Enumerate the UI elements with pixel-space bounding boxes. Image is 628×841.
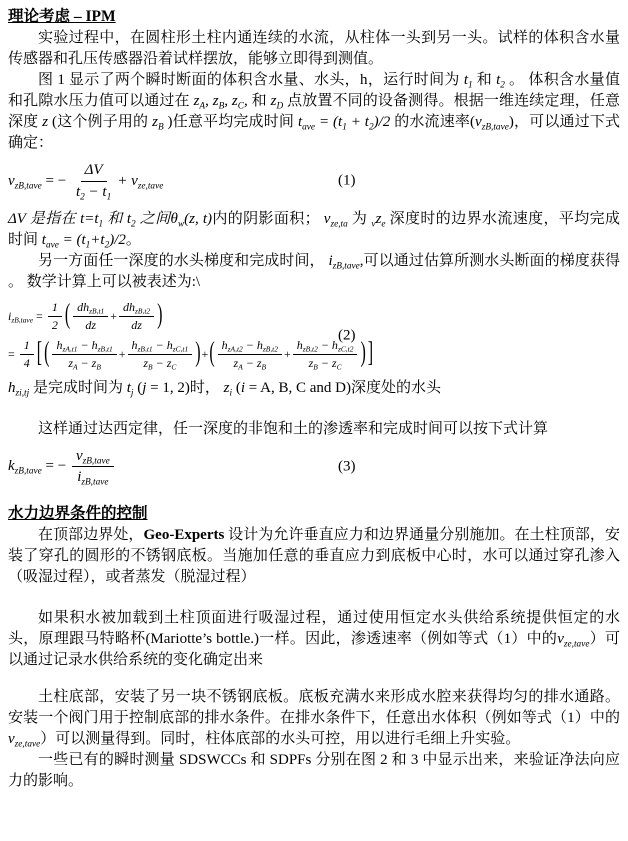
eq2-l2-f3-num: hzA,t2 − hzB,t2: [218, 338, 282, 355]
math-run: zB: [152, 114, 164, 130]
open-bracket: [: [36, 340, 43, 369]
eq2-l1-fraction-1: dhzB,t1 dz: [73, 300, 108, 333]
eq2-l2-f4-den: zB − zC: [305, 355, 346, 371]
eq2-coef-half-den: 2: [48, 317, 62, 333]
eq3-number: (3): [338, 456, 356, 477]
eq3-numerator: vzB,tave: [72, 447, 114, 468]
eq3-fraction: vzB,tave izB,tave: [72, 447, 114, 488]
text-run: ）可以测量得到。同时，柱体底部的水头可控，用以进行毛细上升实验。: [40, 731, 520, 747]
paragraph-deltaV-definition: ΔV 是指在 t=t1 和 t2 之间θw(z, t)内的阴影面积； vze,t…: [8, 209, 620, 251]
eq2-l2-f1-num: hzA,t1 − hzB,t1: [52, 338, 116, 355]
eq2-l1-f1-num: dhzB,t1: [73, 300, 108, 317]
text-run: 土柱底部，安装了另一块不锈钢底板。底板充满水来形成水腔来获得均匀的排水通路。安装…: [8, 689, 620, 726]
document-page: 理论考虑 – IPM 实验过程中，在圆柱形土柱内通连续的水流，从柱体一头到另一头…: [0, 0, 628, 841]
math-run: vze,tave: [557, 631, 589, 647]
eq2-l1-f2-den: dz: [127, 317, 146, 333]
eq2-l1-fraction-2: dhzB,t2 dz: [119, 300, 154, 333]
equation-3-body: kzB,tave = − vzB,tave izB,tave: [8, 447, 620, 488]
text-run: 如果积水被加载到土柱顶面进行吸湿过程，通过使用恒定水头供给系统提供恒定的水头，原…: [8, 610, 620, 647]
equation-2-line2: = 1 4 [ ( hzA,t1 − hzB,t1 zA − zB + hzB,…: [8, 338, 620, 371]
eq1-rhs: + vze,tave: [117, 171, 163, 192]
eq2-l2-fraction-2: hzB,t1 − hzC,t1 zB − zC: [128, 338, 193, 371]
close-paren: ): [359, 340, 366, 369]
eq1-number: (1): [338, 171, 356, 192]
math-run: zD: [271, 93, 284, 109]
bold-run: Geo-Experts: [144, 527, 225, 543]
math-run: zA, zB, zC,: [194, 93, 248, 109]
plus-operator: +: [110, 309, 117, 324]
close-paren: ): [156, 302, 163, 331]
eq1-relation: = −: [42, 171, 70, 192]
eq2-coef-quarter: 1 4: [20, 338, 34, 371]
text-run: 内的阴影面积；: [212, 211, 324, 227]
math-run: vze,tave: [8, 731, 40, 747]
eq2-l2-f3-den: zA − zB: [230, 355, 271, 371]
eq2-lhs: izB,tave: [8, 309, 33, 324]
text-run: 在顶部边界处，: [38, 527, 144, 543]
math-run: tave = (t1+t2)/2: [42, 232, 126, 248]
text-run: 一些已有的瞬时测量 SDSWCCs 和 SDPFs 分别在图 2 和 3 中显示…: [8, 752, 620, 789]
plus-operator: +: [202, 347, 209, 362]
eq2-l2-f2-num: hzB,t1 − hzC,t1: [128, 338, 193, 355]
eq2-coef-quarter-num: 1: [20, 338, 34, 355]
paragraph-darcy-law: 这样通过达西定律，任一深度的非饱和土的渗透率和完成时间可以按下式计算: [8, 419, 620, 440]
open-paren: (: [208, 340, 215, 369]
math-run: vze,ta: [324, 211, 348, 227]
text-run: 图 1 显示了两个瞬时断面的体积含水量、水头，h，运行时间为: [38, 72, 464, 88]
section-heading-theory: 理论考虑 – IPM: [8, 6, 620, 28]
text-run: 另一方面任一深度的水头梯度和完成时间，: [38, 253, 328, 269]
eq2-relation-1: =: [33, 309, 46, 324]
eq2-l2-fraction-1: hzA,t1 − hzB,t1 zA − zB: [52, 338, 116, 371]
close-bracket: ]: [367, 340, 374, 369]
paragraph-head-definition: hzi,tj 是完成时间为 tj (j = 1, 2)时， zi (i = A,…: [8, 378, 620, 399]
eq2-l2-fraction-3: hzA,t2 − hzB,t2 zA − zB: [218, 338, 282, 371]
paragraph-top-boundary: 在顶部边界处，Geo-Experts 设计为允许垂直应力和边界通量分别施加。在土…: [8, 525, 620, 588]
text-run: 这样通过达西定律，任一深度的非饱和土的渗透率和完成时间可以按下式计算: [38, 421, 548, 437]
math-run: hzi,tj: [8, 380, 29, 396]
math-run: t1: [464, 72, 473, 88]
paragraph-ponded-water: 如果积水被加载到土柱顶面进行吸湿过程，通过使用恒定水头供给系统提供恒定的水头，原…: [8, 608, 620, 671]
eq1-denominator: t2 − t1: [72, 182, 115, 202]
math-run: izB,tave: [328, 253, 359, 269]
equation-3: kzB,tave = − vzB,tave izB,tave (3): [8, 447, 620, 488]
paragraph-experiment-intro: 实验过程中，在圆柱形土柱内通连续的水流，从柱体一头到另一头。试样的体积含水量传感…: [8, 28, 620, 70]
close-paren: ): [194, 340, 201, 369]
equation-1-body: vzB,tave = − ΔV t2 − t1 + vze,tave: [8, 161, 620, 202]
equation-1: vzB,tave = − ΔV t2 − t1 + vze,tave (1): [8, 161, 620, 202]
text-run: 和: [473, 72, 496, 88]
eq2-l2-f1-den: zA − zB: [64, 355, 105, 371]
section-heading-hydraulic-boundary: 水力边界条件的控制: [8, 503, 620, 525]
math-run: vzB,tave: [475, 114, 509, 130]
text-run: 的水流速率(: [390, 114, 475, 130]
eq2-number: (2): [338, 329, 356, 344]
math-run: t2: [496, 72, 505, 88]
eq1-fraction: ΔV t2 − t1: [72, 161, 115, 202]
paragraph-bottom-plate: 土柱底部，安装了另一块不锈钢底板。底板充满水来形成水腔来获得均匀的排水通路。安装…: [8, 687, 620, 750]
paragraph-measured-results: 一些已有的瞬时测量 SDSWCCs 和 SDPFs 分别在图 2 和 3 中显示…: [8, 750, 620, 792]
equation-2: izB,tave = 1 2 ( dhzB,t1 dz + dhzB,t2 dz…: [8, 300, 620, 371]
math-run: tave = (t1 + t2)/2: [298, 114, 390, 130]
eq1-lhs: vzB,tave: [8, 171, 42, 192]
text-run: (: [133, 380, 142, 396]
eq2-coef-half-num: 1: [48, 300, 62, 317]
eq2-coef-half: 1 2: [48, 300, 62, 333]
eq3-lhs: kzB,tave: [8, 456, 42, 477]
paragraph-gradient-intro: 另一方面任一深度的水头梯度和完成时间， izB,tave,可以通过估算所测水头断…: [8, 251, 620, 293]
eq2-l2-f2-den: zB − zC: [139, 355, 180, 371]
eq2-l1-f1-den: dz: [81, 317, 100, 333]
plus-operator: +: [284, 347, 291, 362]
eq3-denominator: izB,tave: [73, 467, 112, 487]
text-run: )任意平均完成时间: [164, 114, 298, 130]
math-run: ΔV 是指在 t=t1 和 t2 之间θw(z, t): [8, 211, 212, 227]
eq1-numerator: ΔV: [81, 161, 107, 182]
math-run: zi: [224, 380, 232, 396]
eq3-relation: = −: [42, 456, 70, 477]
text-run: 。: [126, 232, 141, 248]
paragraph-figure1-description: 图 1 显示了两个瞬时断面的体积含水量、水头，h，运行时间为 t1 和 t2 。…: [8, 70, 620, 154]
open-paren: (: [43, 340, 50, 369]
text-run: 和: [248, 93, 271, 109]
text-run: = A, B, C and D)深度处的水头: [245, 380, 441, 396]
eq2-relation-2: =: [8, 347, 18, 362]
text-run: (这个例子用的: [48, 114, 152, 130]
text-run: 为: [348, 211, 372, 227]
eq2-l1-f2-num: dhzB,t2: [119, 300, 154, 317]
text-run: (: [232, 380, 241, 396]
plus-operator: +: [119, 347, 126, 362]
text-run: 是完成时间为: [29, 380, 127, 396]
eq2-coef-quarter-den: 4: [20, 355, 34, 371]
equation-2-line1: izB,tave = 1 2 ( dhzB,t1 dz + dhzB,t2 dz…: [8, 300, 620, 333]
open-paren: (: [64, 302, 71, 331]
math-run: vze: [371, 211, 385, 227]
text-run: 实验过程中，在圆柱形土柱内通连续的水流，从柱体一头到另一头。试样的体积含水量传感…: [8, 30, 620, 67]
text-run: = 1, 2)时，: [146, 380, 223, 396]
